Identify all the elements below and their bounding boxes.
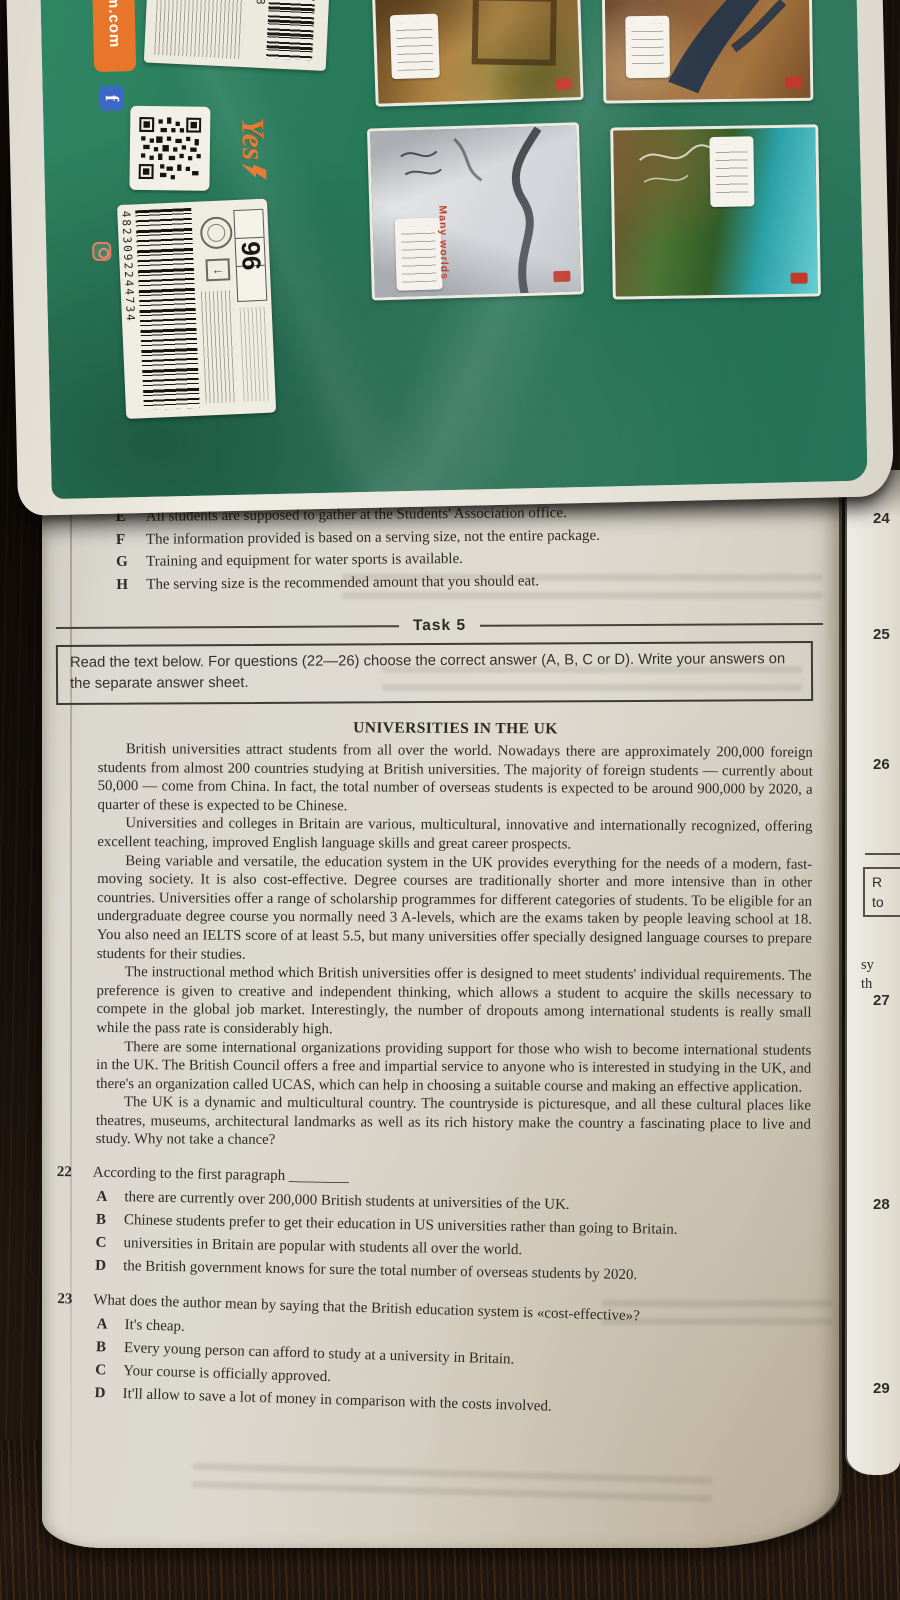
task-instructions: Read the text below. For questions (22—2… [70,651,785,692]
passage-paragraph: There are some international organizatio… [96,1037,811,1097]
passage-paragraph: British universities attract students fr… [97,740,812,818]
option-text: The information provided is based on a s… [146,524,600,550]
tiny-print-lines [201,290,238,403]
answer-text: It's cheap. [124,1315,185,1337]
publisher-label: 276568 [144,0,332,71]
notebook-pack-cover: s-tm.com f 276568 [6,0,894,516]
size-badge: 96 [233,209,267,302]
photo-scene: E All students are supposed to gather at… [0,0,900,1600]
next-page-rule [865,853,900,855]
sheet-count: 96 [234,240,266,270]
tiny-print-lines [240,307,270,402]
answer-letter: A [96,1314,125,1335]
margin-question-number: 24 [873,510,890,527]
series-caption: Many worlds [436,205,450,280]
bleed-through-text [192,1463,713,1504]
brand-mark [555,78,572,90]
answer-letter: D [95,1256,123,1277]
arrow-icon: ← [205,258,230,281]
qr-code-icon [139,117,202,180]
instagram-icon [92,242,111,261]
brand-mark [785,77,802,88]
margin-question-number: 27 [873,992,890,1009]
reading-passage: UNIVERSITIES IN THE UK British universit… [96,718,813,1153]
task-rule-right [480,623,823,627]
box-fragment-line: to [872,892,900,912]
text-fragment-line: sy [861,956,874,975]
task-title: Task 5 [413,617,466,635]
matching-option-row: H The serving size is the recommended am… [116,568,793,596]
passage-paragraph: Universities and colleges in Britain are… [97,814,812,855]
brand-mark [790,273,807,284]
margin-question-number: 29 [873,1380,890,1397]
tiny-print-lines [154,0,247,59]
question-number: 23 [57,1289,84,1311]
margin-question-number: 28 [873,1196,890,1213]
notebook-cover-thumbnail [601,0,813,104]
name-label-panel [709,136,754,207]
qr-code-label [129,106,210,191]
barcode-digits: 276568 [254,0,270,8]
question-22: 22 According to the first paragraph ____… [55,1162,806,1289]
answer-letter: B [96,1337,125,1358]
passage-paragraph: The instructional method which British u… [96,963,811,1041]
option-letter: H [116,573,146,596]
exam-book-page: E All students are supposed to gather at… [42,470,842,1548]
answer-letter: A [96,1187,124,1208]
notebook-cover-thumbnail [610,124,821,299]
option-letter: G [116,551,146,574]
option-letter: F [116,528,146,551]
lightning-icon [240,162,266,180]
brand-logo: Yes [219,102,287,195]
facebook-icon: f [99,85,125,111]
question-number: 22 [57,1162,83,1183]
name-label-panel [395,217,443,290]
task-header: Task 5 [56,615,823,637]
question-23: 23 What does the author mean by saying t… [54,1289,806,1425]
answer-letter: C [95,1233,123,1254]
brand-logo-text: Yes [234,117,272,180]
margin-question-number: 26 [873,756,890,773]
answer-letter: C [95,1360,124,1381]
facebook-letter: f [100,95,122,102]
name-label-panel [625,16,670,79]
answer-letter: D [94,1383,123,1404]
answer-text: Your course is officially approved. [123,1361,331,1388]
margin-question-number: 25 [873,626,890,643]
notebook-cover-thumbnail [371,0,583,107]
barcode-icon [266,0,317,60]
text-fragment-line: th [861,975,874,994]
answer-letter: B [96,1210,124,1231]
name-label-panel [390,14,440,80]
passage-paragraph: Being variable and versatile, the educat… [97,852,813,967]
option-text: Training and equipment for water sports … [146,548,463,573]
option-text: The serving size is the recommended amou… [146,570,539,596]
notebook-cover-thumbnail: Many worlds [367,122,584,300]
cover-green-area: s-tm.com f 276568 [40,0,868,499]
matching-options-list: E All students are supposed to gather at… [116,500,794,596]
next-page-text-fragment: sy th [861,956,874,994]
box-fragment-line: R [872,872,900,892]
question-text: According to the first paragraph _______… [93,1163,350,1188]
brand-name: Yes [234,117,272,160]
certification-stamp-icon [200,216,233,249]
passage-title: UNIVERSITIES IN THE UK [98,718,813,740]
passage-paragraph: The UK is a dynamic and multicultural co… [96,1093,811,1153]
website-tab: s-tm.com [91,0,136,72]
task-rule-left [56,625,399,629]
website-url: s-tm.com [104,0,123,48]
task-instructions-box: Read the text below. For questions (22—2… [56,641,813,705]
brand-mark [553,271,570,282]
barcode-label: 4823092244734 ← 96 [117,199,276,419]
barcode-icon [135,208,200,410]
next-page-edge: 24 25 26 27 28 29 R to sy th [845,470,900,1475]
next-page-box-fragment: R to [863,867,900,917]
